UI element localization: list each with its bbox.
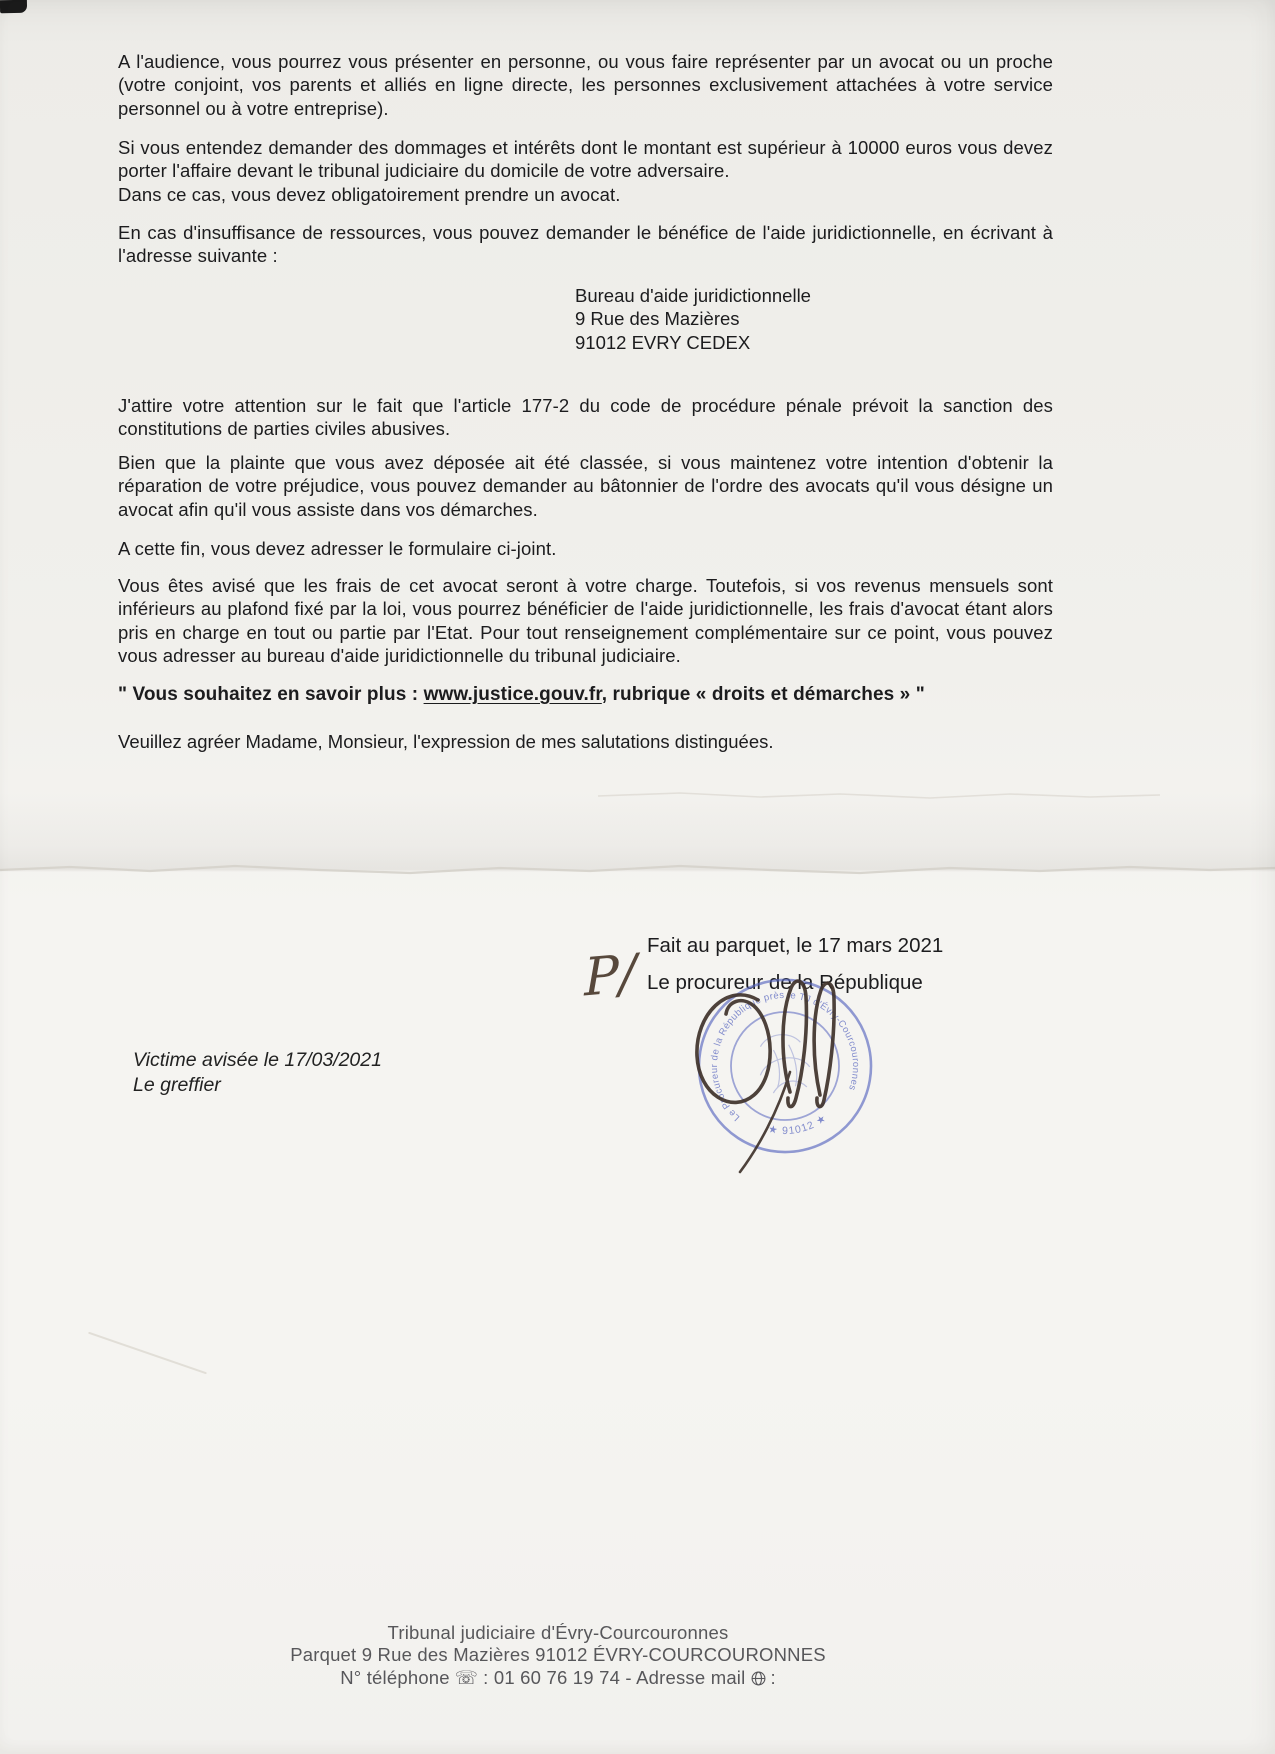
text-line: porter l'affaire devant le tribunal judi… [118,159,1053,182]
footer-end-colon: : [770,1667,775,1688]
text-line: avocat afin qu'il vous assiste dans vos … [118,498,1053,521]
text-line: Bien que la plainte que vous avez déposé… [118,451,1053,474]
text-line: Vous êtes avisé que les frais de cet avo… [118,574,1053,597]
victim-notice-line: Victime avisée le 17/03/2021 [133,1048,382,1073]
text-line: En cas d'insuffisance de ressources, vou… [118,221,1053,244]
address-line: 9 Rue des Mazières [575,307,811,330]
text-line: réparation de votre préjudice, vous pouv… [118,474,1053,497]
handwritten-initials: P/ [584,944,637,1009]
paragraph-dommages: Si vous entendez demander des dommages e… [118,136,1053,206]
footer-contact-line: N° téléphone☏: 01 60 76 19 74 - Adresse … [58,1667,1058,1689]
text-line: (votre conjoint, vos parents et alliés e… [118,73,1053,96]
footer-court-line: Tribunal judiciaire d'Évry-Courcouronnes [58,1622,1058,1644]
crease-line [88,1332,207,1375]
text-line: Dans ce cas, vous devez obligatoirement … [118,183,1053,206]
fold-crease-lines [0,780,1275,890]
footer: Tribunal judiciaire d'Évry-Courcouronnes… [58,1622,1058,1689]
text-line: l'adresse suivante : [118,244,1053,267]
address-line: 91012 EVRY CEDEX [575,331,811,354]
highlight-prefix: " Vous souhaitez en savoir plus : [118,684,424,705]
footer-address-line: Parquet 9 Rue des Mazières 91012 ÉVRY-CO… [58,1644,1058,1666]
paragraph-plainte-classee: Bien que la plainte que vous avez déposé… [118,451,1053,521]
scanned-letter-page: A l'audience, vous pourrez vous présente… [0,0,1275,1754]
paragraph-formulaire: A cette fin, vous devez adresser le form… [118,537,1053,560]
paragraph-aide-juridictionnelle: En cas d'insuffisance de ressources, vou… [118,221,1053,268]
footer-mail-label: - Adresse mail [625,1667,745,1688]
text-line: personnel ou à votre entreprise). [118,97,1053,120]
closing-line: Veuillez agréer Madame, Monsieur, l'expr… [118,731,774,753]
footer-phone-number: 01 60 76 19 74 [494,1667,620,1688]
globe-icon [751,1671,766,1686]
address-line: Bureau d'aide juridictionnelle [575,284,811,307]
paragraph-article-177-2: J'attire votre attention sur le fait que… [118,394,1053,441]
paragraph-audience: A l'audience, vous pourrez vous présente… [118,50,1053,120]
highlight-suffix: , rubrique « droits et démarches » " [602,684,925,705]
text-line: Si vous entendez demander des dommages e… [118,136,1053,159]
greffier-line: Le greffier [133,1073,382,1098]
footer-phone-label: N° téléphone [340,1667,450,1688]
paragraph-frais-avocat: Vous êtes avisé que les frais de cet avo… [118,574,1053,668]
info-highlight: " Vous souhaitez en savoir plus : www.ju… [118,684,1053,706]
phone-icon: ☏ [455,1667,478,1689]
footer-colon: : [483,1667,494,1688]
text-line: vous adresser au bureau d'aide juridicti… [118,644,1053,667]
justice-url-text: www.justice.gouv.fr [424,684,602,705]
text-line: J'attire votre attention sur le fait que… [118,394,1053,417]
text-line: inférieurs au plafond fixé par la loi, v… [118,597,1053,620]
scan-artifact-corner [0,0,27,13]
greffier-note: Victime avisée le 17/03/2021 Le greffier [133,1048,382,1097]
signature-scribble [640,952,870,1187]
scan-top-shadow [0,0,1275,46]
text-line: A cette fin, vous devez adresser le form… [118,537,1053,560]
text-line: A l'audience, vous pourrez vous présente… [118,50,1053,73]
address-block: Bureau d'aide juridictionnelle 9 Rue des… [575,284,811,354]
text-line: constitutions de parties civiles abusive… [118,417,1053,440]
text-line: pris en charge en tout ou partie par l'E… [118,621,1053,644]
